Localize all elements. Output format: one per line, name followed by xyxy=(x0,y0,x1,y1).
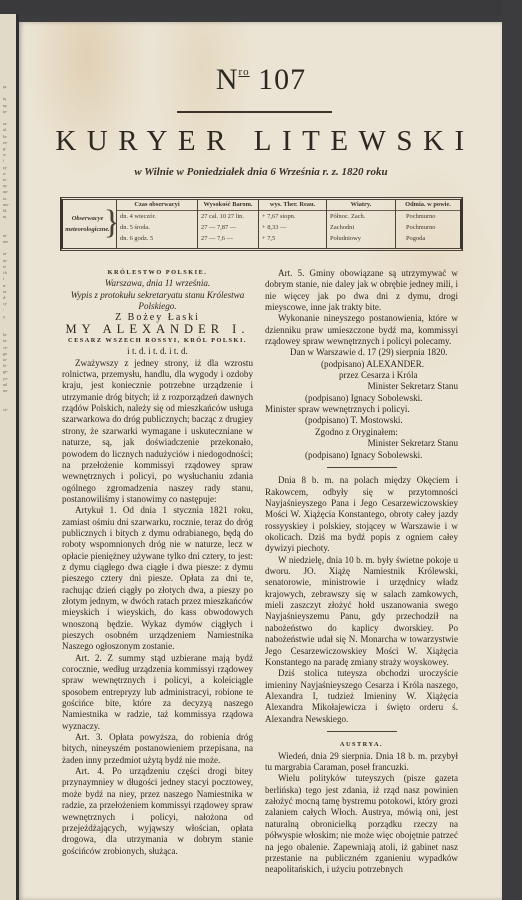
signature-line: Minister Sekretarz Stanu xyxy=(265,438,458,449)
signature-line: przez Cesarza i Króla xyxy=(265,370,458,381)
meteo-cell: Południowy xyxy=(327,233,395,244)
given-line: Dan w Warszawie d. 17 (29) sierpnia 1820… xyxy=(265,347,458,358)
paragraph: Wykonanie nineyszego postanowienia, któr… xyxy=(265,313,458,347)
signature-line: (podpisano) Ignacy Sobolewski. xyxy=(265,393,458,404)
meteo-cell: + 7,5 xyxy=(259,233,326,244)
meteo-header: Czas obserwacyi xyxy=(117,200,197,211)
issue-date-line: w Wilnie w Poniedziałek dnia 6 Września … xyxy=(0,166,522,178)
signature-line: Zgodno z Oryginałem: xyxy=(265,427,458,438)
meteo-cell: 27 — 7,87 — xyxy=(198,222,258,233)
meteo-cell: Północ. Zach. xyxy=(327,211,395,222)
meteo-cell: Zachodni xyxy=(327,222,395,233)
meteo-col-winds: Wiatry. Północ. Zach. Zachodni Południow… xyxy=(327,200,396,248)
meteo-cell: + 8,33 — xyxy=(259,222,326,233)
meteorological-table: Obserwacye meteorologiczne. Czas obserwa… xyxy=(60,197,463,251)
meteo-cell: 27 — 7,6 — xyxy=(198,233,258,244)
section-heading-poland: KRÓLESTWO POLSKIE. xyxy=(62,267,253,278)
decree-etc: i t. d. i t. d. i t. d. xyxy=(62,346,253,357)
meteo-cell: dn. 5 środa. xyxy=(117,222,197,233)
signature-line: (podpisano) T. Mostowski. xyxy=(265,415,458,426)
paragraph: Zważywszy z jedney strony, iż dla wzrost… xyxy=(62,358,253,505)
meteo-cell: 27 cal. 10 27 lin. xyxy=(198,211,258,222)
issue-number-superscript: ro xyxy=(239,66,250,78)
issue-number-value: 107 xyxy=(258,63,306,96)
meteo-header: Wiatry. xyxy=(327,200,395,211)
paragraph: Wiedeń, dnia 29 sierpnia. Dnia 18 b. m. … xyxy=(265,751,458,774)
signature-line: Minister Sekretarz Stanu xyxy=(265,381,458,392)
signature-line: (podpisano) ALEXANDER. xyxy=(265,359,458,370)
issue-number-prefix: N xyxy=(216,63,239,96)
left-column: KRÓLESTWO POLSKIE. Warszawa, dnia 11 wrz… xyxy=(62,267,253,857)
paragraph: Art. 4. Po urządzeniu części drogi bitey… xyxy=(62,766,253,857)
section-divider xyxy=(327,731,397,733)
meteo-cell: + 7,67 stopn. xyxy=(259,211,326,222)
paragraph: Art. 2. Z summy stąd uzbierane mają bydź… xyxy=(62,653,253,732)
issue-number: Nro 107 xyxy=(0,63,522,97)
paragraph: Artykuł 1. Od dnia 1 stycznia 1821 roku,… xyxy=(62,505,253,652)
paragraph: W niedzielę, dnia 10 b. m. były świetne … xyxy=(265,555,458,668)
decree-subheading: Wypis z protokułu sekretaryatu stanu Kró… xyxy=(62,290,253,313)
viewer-top-bar xyxy=(0,0,522,16)
decree-monarch: MY ALEXANDER I. xyxy=(62,324,253,335)
meteo-col-thermometer: wys. Ther. Reau. + 7,67 stopn. + 8,33 — … xyxy=(259,200,327,248)
paragraph: Art. 3. Opłata powyższa, do robienia dró… xyxy=(62,732,253,766)
decree-titles: CESARZ WSZECH ROSSYI, KRÓL POLSKI. xyxy=(62,335,253,346)
meteo-col-barometer: Wysokość Barom. 27 cal. 10 27 lin. 27 — … xyxy=(198,200,259,248)
paragraph: Art. 5. Gminy obowiązane są utrzymywać w… xyxy=(265,268,458,313)
dateline: Warszawa, dnia 11 września. xyxy=(62,278,253,289)
meteo-col-time: Czas obserwacyi dn. 4 wieczór. dn. 5 śro… xyxy=(117,200,198,248)
signature-line: Minister spraw wewnętrznych i policyi. xyxy=(265,404,458,415)
signature-line: (podpisano) Ignacy Sobolewski. xyxy=(265,450,458,461)
meteo-header: wys. Ther. Reau. xyxy=(259,200,326,211)
newspaper-title: KURYER LITEWSKI xyxy=(0,125,522,158)
masthead-rule xyxy=(177,111,332,113)
meteo-cell: Pochmurno xyxy=(396,211,460,222)
meteo-label: Obserwacye meteorologiczne. xyxy=(63,200,117,248)
section-heading-austria: AUSTRYA. xyxy=(265,739,458,750)
section-divider xyxy=(327,467,397,469)
meteo-header: Wysokość Barom. xyxy=(198,200,258,211)
paragraph: Dziś stolica tuteysza obchodzi uroczyści… xyxy=(265,668,458,725)
paragraph: Dnia 8 b. m. na polach między Okęciem i … xyxy=(265,475,458,554)
meteo-cell: Pochmurno xyxy=(396,222,460,233)
meteo-cell: dn. 6 godz. 5 xyxy=(117,233,197,244)
meteo-cell: dn. 4 wieczór. xyxy=(117,211,197,222)
meteo-header: Odmia. w powie. xyxy=(396,200,460,211)
meteo-col-sky: Odmia. w powie. Pochmurno Pochmurno Pogo… xyxy=(396,200,460,248)
meteo-cell: Pogoda xyxy=(396,233,460,244)
right-column: Art. 5. Gminy obowiązane są utrzymywać w… xyxy=(265,268,458,876)
paragraph: Wielu polityków tuteyszych (pisze gazeta… xyxy=(265,773,458,875)
